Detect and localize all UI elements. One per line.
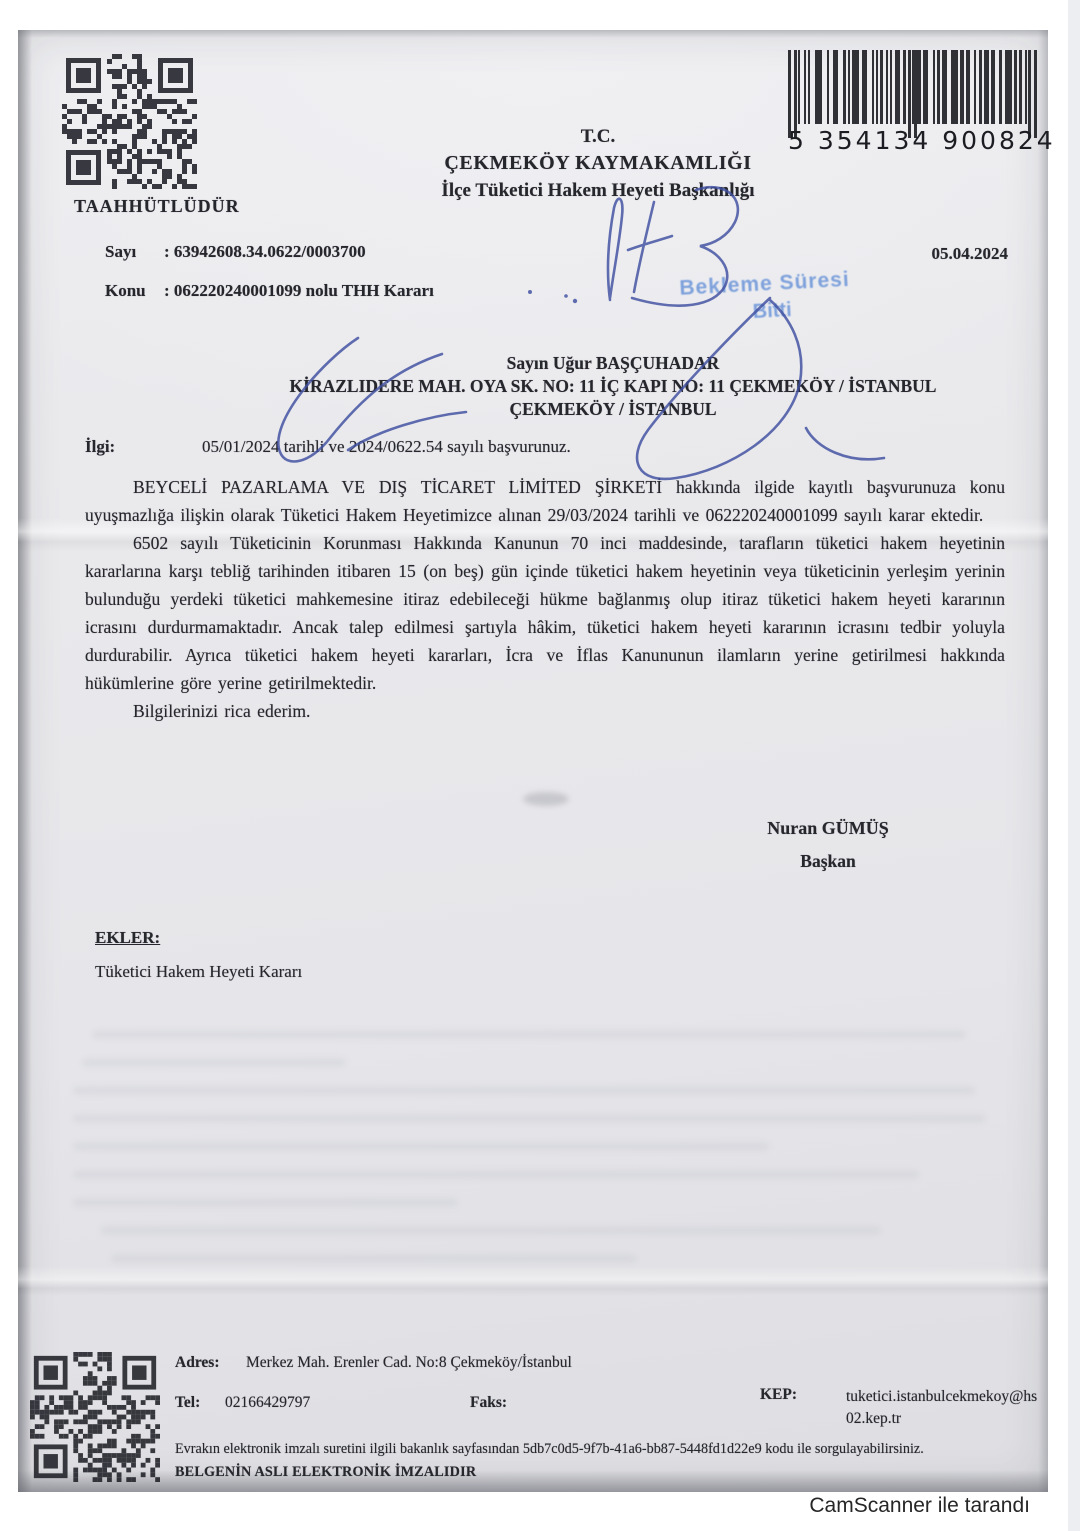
barcode: 5 354134 900824: [788, 50, 1038, 155]
barcode-bars-icon: [788, 50, 1038, 124]
bleedthrough-line: [73, 1198, 458, 1207]
signature-block: Nuran GÜMÜŞ Başkan: [673, 818, 983, 872]
bleedthrough-line: [92, 1030, 966, 1039]
barcode-digits: 5 354134 900824: [788, 126, 1038, 155]
bleedthrough-line: [73, 1086, 975, 1095]
phone-value: 02166429797: [225, 1394, 310, 1412]
bleedthrough-line: [73, 1142, 769, 1151]
electronic-signature-note: BELGENİN ASLI ELEKTRONİK İMZALIDIR: [175, 1461, 1045, 1484]
sayi-label: Sayı: [105, 242, 136, 262]
bleedthrough-line: [101, 1226, 881, 1235]
konu-label: Konu: [105, 281, 146, 301]
sayi-value: : 63942608.34.0622/0003700: [164, 242, 366, 262]
page-shadow-edge: [18, 30, 1048, 38]
reference-value: 05/01/2024 tarihli ve 2024/0622.54 sayıl…: [202, 437, 571, 457]
kep-value-line2: 02.kep.tr: [846, 1408, 1046, 1430]
signer-title: Başkan: [673, 851, 983, 872]
attachments-label: EKLER:: [95, 928, 160, 948]
recipient-address-line2: ÇEKMEKÖY / İSTANBUL: [133, 398, 1080, 421]
scan-right-margin: [1068, 0, 1080, 1531]
bleedthrough-line: [111, 1254, 637, 1263]
letterhead-department: İlçe Tüketici Hakem Heyeti Başkanlığı: [183, 177, 1013, 204]
fax-label: Faks:: [470, 1394, 507, 1412]
camscanner-watermark: CamScanner ile tarandı: [809, 1494, 1030, 1518]
attachment-item: Tüketici Hakem Heyeti Kararı: [95, 962, 302, 982]
stamp-line2: Bitti: [752, 291, 941, 324]
qr-code-icon: [62, 54, 197, 189]
waiting-period-stamp: Bekleme Süresi Bitti: [679, 263, 941, 328]
verification-code-line: Evrakın elektronik imzalı suretini ilgil…: [175, 1438, 1045, 1461]
registered-mail-label: TAAHHÜTLÜDÜR: [74, 196, 240, 217]
kep-label: KEP:: [760, 1386, 797, 1404]
reverse-side-bleedthrough: [73, 1030, 1013, 1285]
recipient-block: Sayın Uğur BAŞÇUHADAR KİRAZLIDERE MAH. O…: [133, 352, 1080, 421]
body-paragraph-2: 6502 sayılı Tüketicinin Korunması Hakkın…: [85, 529, 1005, 697]
qr-code-icon: [30, 1352, 160, 1482]
address-value: Merkez Mah. Erenler Cad. No:8 Çekmeköy/İ…: [246, 1354, 572, 1372]
verification-note: Evrakın elektronik imzalı suretini ilgil…: [175, 1438, 1045, 1484]
recipient-address-line1: KİRAZLIDERE MAH. OYA SK. NO: 11 İÇ KAPI …: [133, 375, 1080, 398]
scanned-document-page: T.C. ÇEKMEKÖY KAYMAKAMLIĞI İlçe Tüketici…: [18, 30, 1048, 1492]
konu-value: : 062220240001099 nolu THH Kararı: [164, 281, 434, 301]
bleedthrough-line: [82, 1058, 345, 1067]
body-closing: Bilgilerinizi rica ederim.: [85, 697, 1005, 725]
signer-name: Nuran GÜMÜŞ: [673, 818, 983, 839]
kep-value: tuketici.istanbulcekmekoy@hs 02.kep.tr: [846, 1386, 1046, 1430]
address-label: Adres:: [175, 1354, 220, 1372]
reference-label: İlgi:: [85, 437, 115, 457]
recipient-name: Sayın Uğur BAŞÇUHADAR: [133, 352, 1080, 375]
document-date: 05.04.2024: [932, 244, 1009, 264]
bleedthrough-line: [73, 1114, 985, 1123]
kep-value-line1: tuketici.istanbulcekmekoy@hs: [846, 1386, 1046, 1408]
letter-body: BEYCELİ PAZARLAMA VE DIŞ TİCARET LİMİTED…: [85, 473, 1005, 725]
body-paragraph-1: BEYCELİ PAZARLAMA VE DIŞ TİCARET LİMİTED…: [85, 473, 1005, 529]
phone-label: Tel:: [175, 1394, 200, 1412]
camscanner-scan-view: T.C. ÇEKMEKÖY KAYMAKAMLIĞI İlçe Tüketici…: [0, 0, 1080, 1531]
bleedthrough-line: [73, 1170, 919, 1179]
paper-smudge: [523, 792, 569, 806]
